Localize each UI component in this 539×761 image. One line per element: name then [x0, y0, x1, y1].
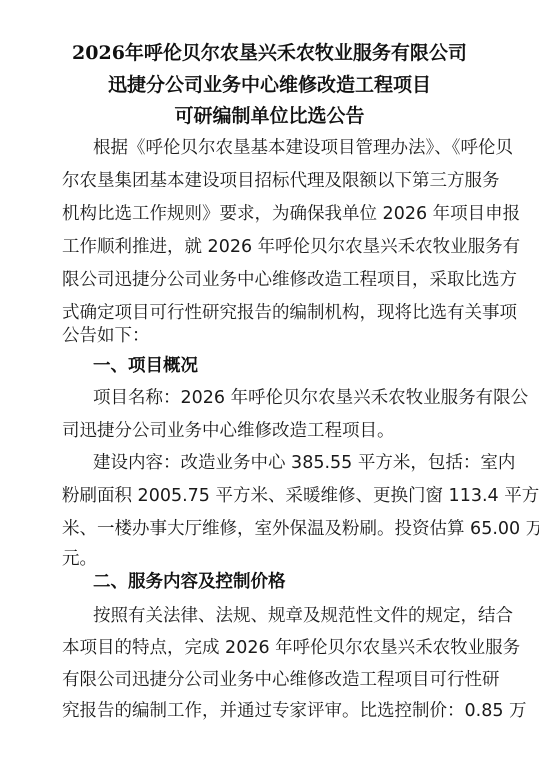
- intro-line: 式确定项目可行性研究报告的编制机构，现将比选有关事项: [62, 299, 474, 324]
- section-heading-service: 二、服务内容及控制价格: [93, 568, 286, 593]
- project-name-line: 司迅捷分公司业务中心维修改造工程项目。: [62, 417, 474, 442]
- document-page: 2026年呼伦贝尔农垦兴禾农牧业服务有限公司 迅捷分公司业务中心维修改造工程项目…: [0, 0, 539, 761]
- service-line: 究报告的编制工作，并通过专家评审。比选控制价：0.85 万: [62, 697, 474, 722]
- intro-line: 工作顺利推进，就 2026 年呼伦贝尔农垦兴禾农牧业服务有: [62, 233, 474, 258]
- intro-line: 限公司迅捷分公司业务中心维修改造工程项目，采取比选方: [62, 266, 474, 291]
- service-line: 本项目的特点，完成 2026 年呼伦贝尔农垦兴禾农牧业服务: [62, 634, 474, 659]
- intro-line: 机构比选工作规则》要求，为确保我单位 2026 年项目申报: [62, 200, 474, 225]
- intro-line: 公告如下：: [62, 322, 474, 347]
- construction-line: 建设内容：改造业务中心 385.55 平方米，包括：室内: [93, 449, 474, 474]
- service-line: 按照有关法律、法规、规章及规范性文件的规定，结合: [93, 602, 474, 627]
- construction-line: 米、一楼办事大厅维修，室外保温及粉刷。投资估算 65.00 万: [62, 515, 474, 540]
- section-heading-overview: 一、项目概况: [93, 352, 198, 377]
- title-line-1: 2026年呼伦贝尔农垦兴禾农牧业服务有限公司: [0, 38, 539, 65]
- construction-line: 粉刷面积 2005.75 平方米、采暖维修、更换门窗 113.4 平方: [62, 482, 474, 507]
- title-line-3: 可研编制单位比选公告: [0, 101, 539, 128]
- project-name-line: 项目名称：2026 年呼伦贝尔农垦兴禾农牧业服务有限公: [93, 384, 474, 409]
- construction-line: 元。: [62, 545, 474, 570]
- title-line-2: 迅捷分公司业务中心维修改造工程项目: [0, 70, 539, 97]
- intro-line: 尔农垦集团基本建设项目招标代理及限额以下第三方服务: [62, 167, 474, 192]
- service-line: 有限公司迅捷分公司业务中心维修改造工程项目可行性研: [62, 666, 474, 691]
- intro-line: 根据《呼伦贝尔农垦基本建设项目管理办法》、《呼伦贝: [93, 134, 474, 159]
